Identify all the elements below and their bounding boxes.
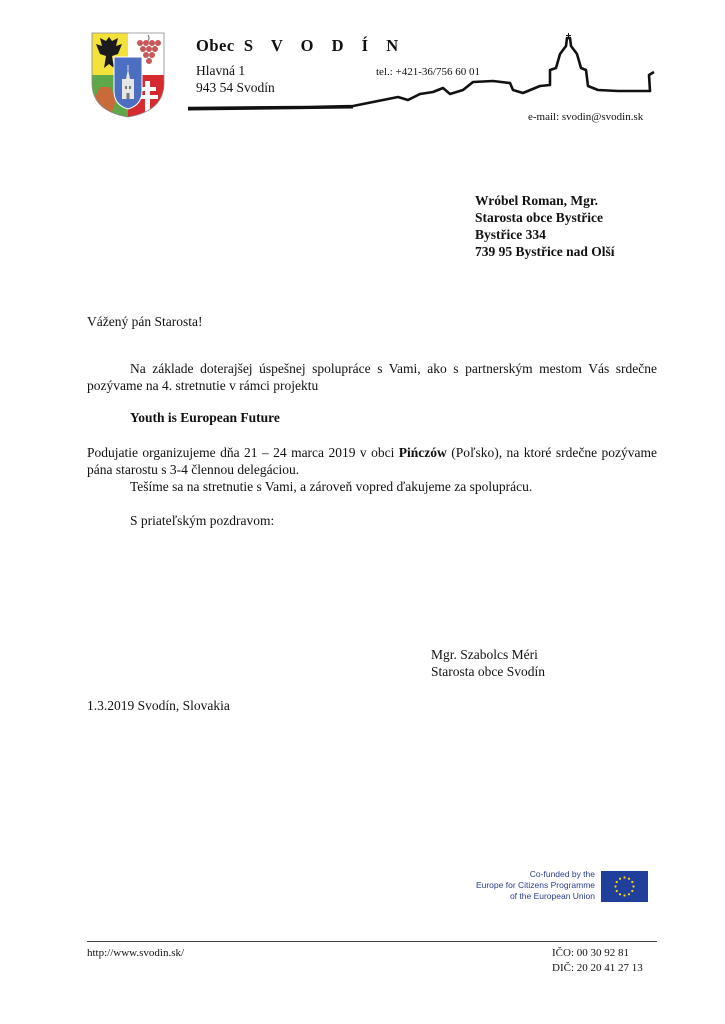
paragraph-event-details: Podujatie organizujeme dňa 21 – 24 marca… — [87, 444, 657, 478]
coat-of-arms-icon — [90, 31, 166, 119]
company-id: IČO: 00 30 92 81 — [552, 946, 629, 960]
eu-line-2: Europe for Citizens Programme — [460, 880, 595, 891]
footer-divider — [87, 941, 657, 942]
event-place: Pińczów — [399, 445, 447, 460]
signatory-name: Mgr. Szabolcs Méri — [431, 646, 538, 663]
salutation: Vážený pán Starosta! — [87, 313, 202, 330]
project-name: Youth is European Future — [130, 409, 280, 426]
tax-id: DIČ: 20 20 41 27 13 — [552, 961, 643, 975]
eu-flag-icon — [601, 871, 648, 902]
signatory-title: Starosta obce Svodín — [431, 663, 545, 680]
org-email[interactable]: e-mail: svodin@svodin.sk — [528, 111, 643, 123]
paragraph-thanks: Tešíme sa na stretnutie s Vami, a zárove… — [130, 478, 532, 495]
closing: S priateľským pozdravom: — [130, 512, 274, 529]
recipient-title: Starosta obce Bystřice — [475, 209, 615, 226]
recipient-name: Wróbel Roman, Mgr. — [475, 192, 615, 209]
eu-line-1: Co-funded by the — [460, 869, 595, 880]
recipient-address: Wróbel Roman, Mgr. Starosta obce Bystřic… — [475, 192, 615, 260]
website-link[interactable]: http://www.svodin.sk/ — [87, 946, 184, 960]
paragraph-invitation: Na základe doterajšej úspešnej spoluprác… — [87, 360, 657, 394]
recipient-city: 739 95 Bystřice nad Olší — [475, 243, 615, 260]
eu-line-3: of the European Union — [460, 891, 595, 902]
date-place: 1.3.2019 Svodín, Slovakia — [87, 697, 230, 714]
eu-cofunding-text: Co-funded by the Europe for Citizens Pro… — [460, 869, 595, 902]
recipient-street: Bystřice 334 — [475, 226, 615, 243]
church-skyline-icon — [188, 30, 660, 115]
event-text-before: Podujatie organizujeme dňa 21 – 24 marca… — [87, 445, 399, 460]
